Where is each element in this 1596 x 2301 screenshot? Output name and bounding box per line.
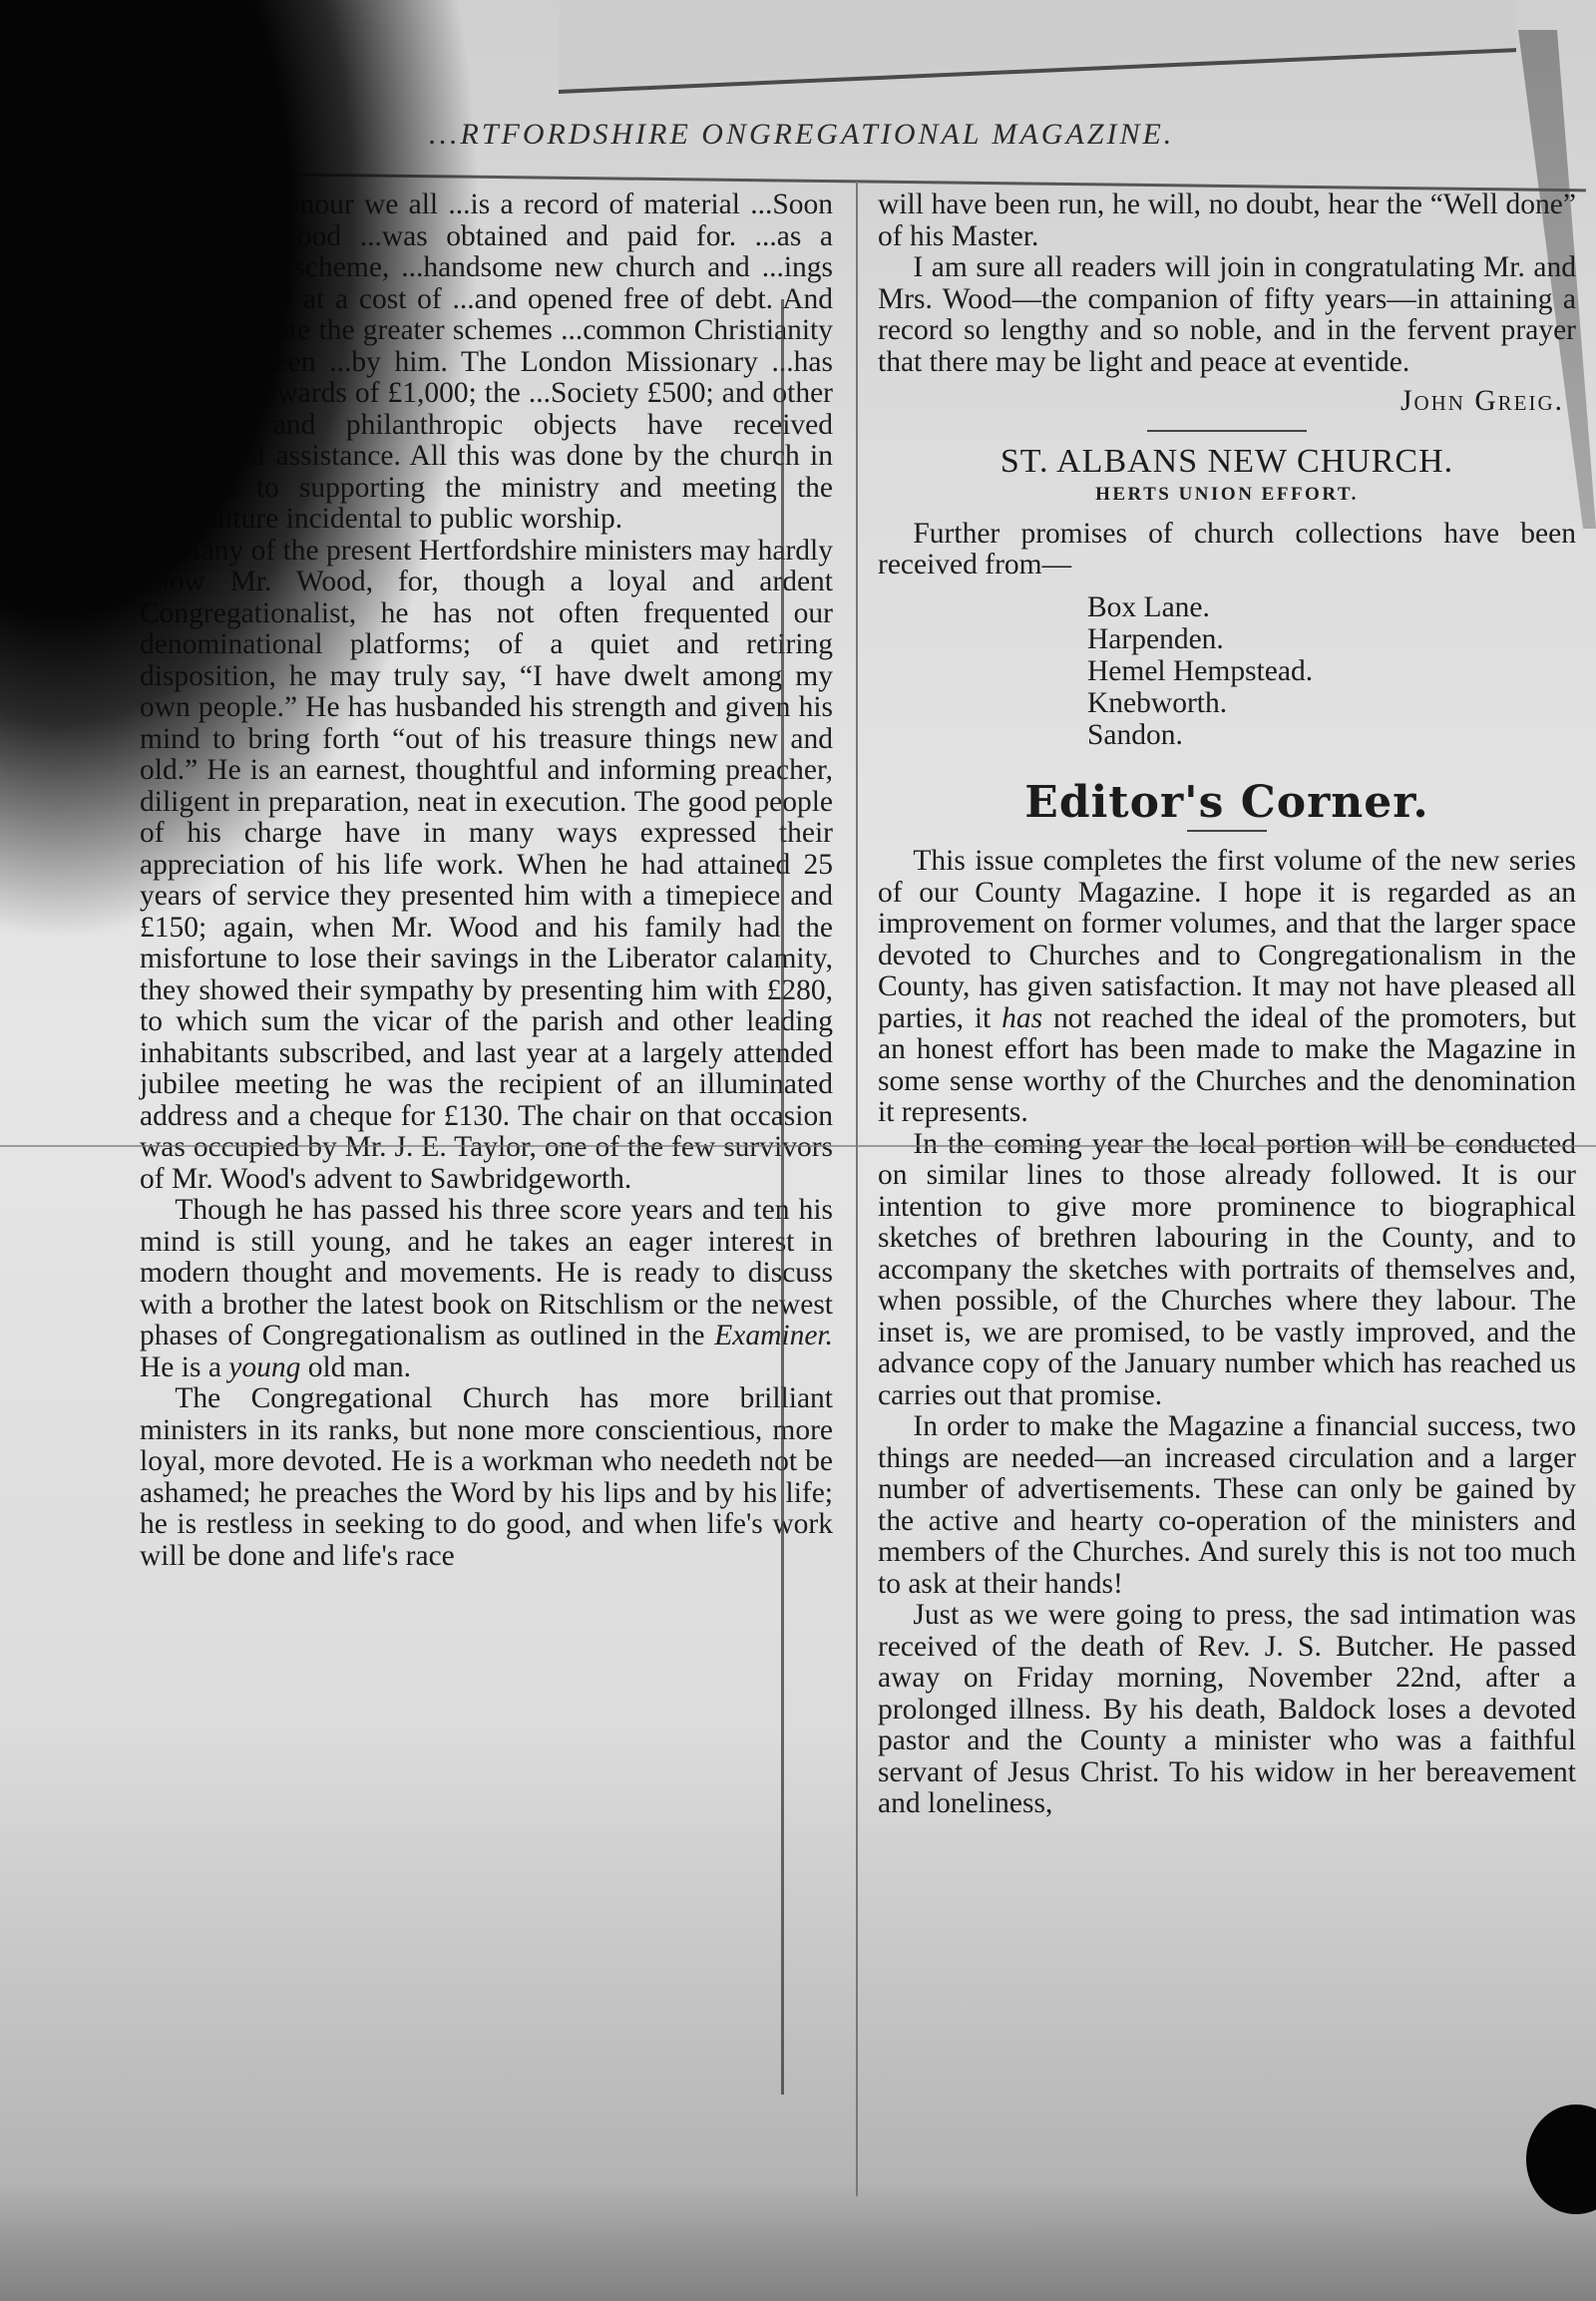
paragraph-text: old man.	[300, 1351, 411, 1383]
editors-corner-title: Editor's Corner.	[878, 787, 1576, 819]
paragraph: Just as we were going to press, the sad …	[878, 1600, 1576, 1820]
paragraph: will have been run, he will, no doubt, h…	[878, 190, 1576, 252]
paragraph: The Congregational Church has more brill…	[140, 1383, 833, 1572]
horizontal-fold	[0, 1145, 1596, 1147]
section-rule	[1147, 430, 1307, 432]
running-head: ...RTFORDSHIRE ONGREGATIONAL MAGAZINE.	[429, 118, 1327, 152]
paragraph: Further promises of church collections h…	[878, 519, 1576, 581]
paragraph: ...meed of honour we all ...is a record …	[140, 190, 833, 536]
paragraph: Though he has passed his three score yea…	[140, 1195, 833, 1383]
paragraph: I am sure all readers will join in congr…	[878, 252, 1576, 378]
place-item: Hemel Hempstead.	[1087, 655, 1576, 687]
place-item: Sandon.	[1087, 719, 1576, 751]
paragraph-text: He is a	[140, 1351, 228, 1383]
paper-crease	[781, 299, 784, 2095]
places-list: Box Lane. Harpenden. Hemel Hempstead. Kn…	[1087, 591, 1576, 751]
place-item: Box Lane.	[1087, 591, 1576, 623]
st-albans-subtitle: HERTS UNION EFFORT.	[878, 479, 1576, 511]
right-column: will have been run, he will, no doubt, h…	[878, 190, 1576, 1820]
paragraph: Many of the present Hertfordshire minist…	[140, 536, 833, 1196]
author-signature: John Greig.	[878, 386, 1576, 418]
italic-has: has	[1001, 1002, 1042, 1034]
paragraph: This issue completes the first volume of…	[878, 846, 1576, 1129]
italic-young: young	[228, 1351, 300, 1383]
section-rule	[1187, 830, 1267, 832]
paragraph: In the coming year the local portion wil…	[878, 1129, 1576, 1412]
place-item: Knebworth.	[1087, 687, 1576, 719]
bottom-shading	[0, 2181, 1596, 2301]
column-divider	[856, 182, 858, 2196]
italic-examiner: Examiner.	[714, 1320, 833, 1351]
st-albans-title: ST. ALBANS NEW CHURCH.	[878, 446, 1576, 478]
place-item: Harpenden.	[1087, 623, 1576, 655]
paragraph: In order to make the Magazine a financia…	[878, 1411, 1576, 1600]
left-column: ...meed of honour we all ...is a record …	[140, 190, 833, 1572]
